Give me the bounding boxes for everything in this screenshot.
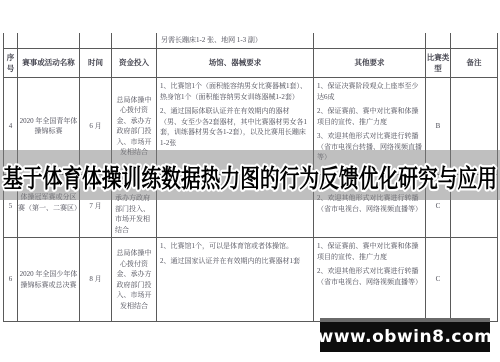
carryover-cell-name: [18, 33, 80, 49]
carryover-cell-time: [80, 33, 112, 49]
row6-cell-no: 6: [4, 238, 18, 322]
other-item: 1、保证决赛阶段观众上座率至少达6成: [317, 81, 422, 102]
watermark-banner: www.obwin8.com: [320, 318, 490, 352]
row6-cell-name: 2020 年全国少年体操锦标赛或总决赛: [18, 238, 80, 322]
header-cell-no: 序号: [4, 49, 18, 78]
header-cell-funding: 资金投入: [112, 49, 157, 78]
header-cell-note: 备注: [451, 49, 498, 78]
carryover-cell-type: [426, 33, 451, 49]
other-item: 1、保证赛前、赛中对比赛和体操项目的宣传、推广力度: [317, 241, 422, 262]
header-cell-name: 赛事或活动名称: [18, 49, 80, 78]
carryover-cell-venue: 另需长蹦床1-2 张、地网 1-3 副）: [157, 33, 314, 49]
carryover-cell-other: [314, 33, 426, 49]
other-item: 2、保证赛前、赛中对比赛和体操项目的宣传、推广力度: [317, 106, 422, 127]
header-cell-type: 比赛类型: [426, 49, 451, 78]
row6-cell-venue: 1、比赛馆1个，可以是体育馆或者体操馆。 2、通过国家认证并在有效期内的比赛器材…: [157, 238, 314, 322]
venue-item: 1、比赛馆1个，可以是体育馆或者体操馆。: [160, 241, 310, 252]
row6-cell-type: C: [426, 238, 451, 322]
row6-cell-other: 1、保证赛前、赛中对比赛和体操项目的宣传、推广力度 2、欢迎其他形式对比赛进行转…: [314, 238, 426, 322]
venue-item: 2、通过国际体联认证并在有效期内的器材（男、女至少各2套器材，其中比赛器材男女各…: [160, 106, 310, 148]
row6-cell-funding: 总局体操中心拨付资金、承办方政府部门投入、市场开发相结合: [112, 238, 157, 322]
header-cell-venue: 场馆、器械要求: [157, 49, 314, 78]
venue-item: 1、比赛馆1个（面积能容纳男女比赛器械1套）、热身馆1个（面积能容纳男女训练器械…: [160, 81, 310, 102]
carryover-cell-no: [4, 33, 18, 49]
header-cell-other: 其他要求: [314, 49, 426, 78]
row6-cell-note: [451, 238, 498, 322]
carryover-cell-funding: [112, 33, 157, 49]
watermark-text: www.obwin8.com: [318, 327, 493, 347]
headline-overlay: 基于体育体操训练数据热力图的行为反馈优化研究与应用: [0, 150, 500, 200]
row6-cell-time: 8 月: [80, 238, 112, 322]
venue-item: 2、通过国家认证并在有效期内的比赛器材1套: [160, 256, 310, 267]
carryover-cell-note: [451, 33, 498, 49]
other-item: 2、欢迎其他形式对比赛进行转播（省市电视台、网络视频直播等）: [317, 266, 422, 287]
headline-text: 基于体育体操训练数据热力图的行为反馈优化研究与应用: [3, 164, 497, 193]
header-cell-time: 时间: [80, 49, 112, 78]
